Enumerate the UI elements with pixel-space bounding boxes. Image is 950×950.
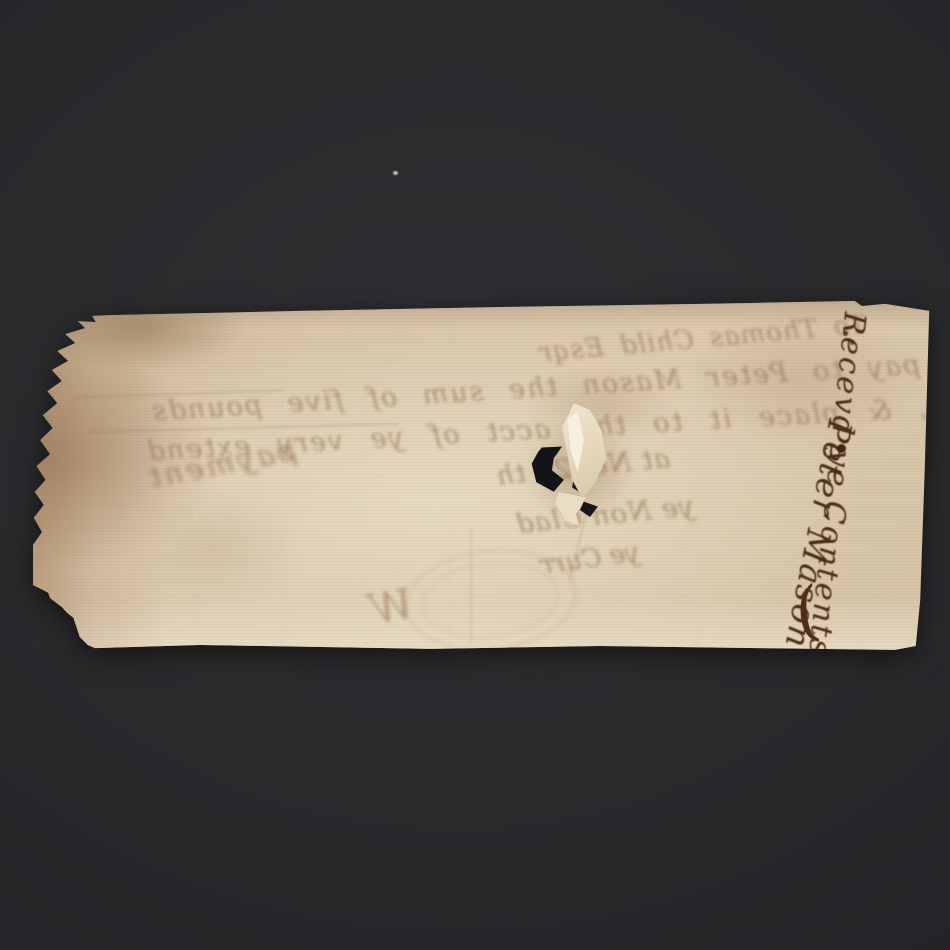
watermark-letter: W [366,579,417,635]
ink-dot [843,331,848,336]
ink-dot [850,341,854,345]
torn-hole [528,400,658,540]
photo-background: To Thomas Child Esqr Pray pay to Peter M… [0,0,950,950]
aged-note-paper: To Thomas Child Esqr Pray pay to Peter M… [33,300,931,652]
paper-wrapper: To Thomas Child Esqr Pray pay to Peter M… [0,0,950,950]
embossed-seal-inner-ring [417,555,562,645]
ink-dot [837,444,846,453]
